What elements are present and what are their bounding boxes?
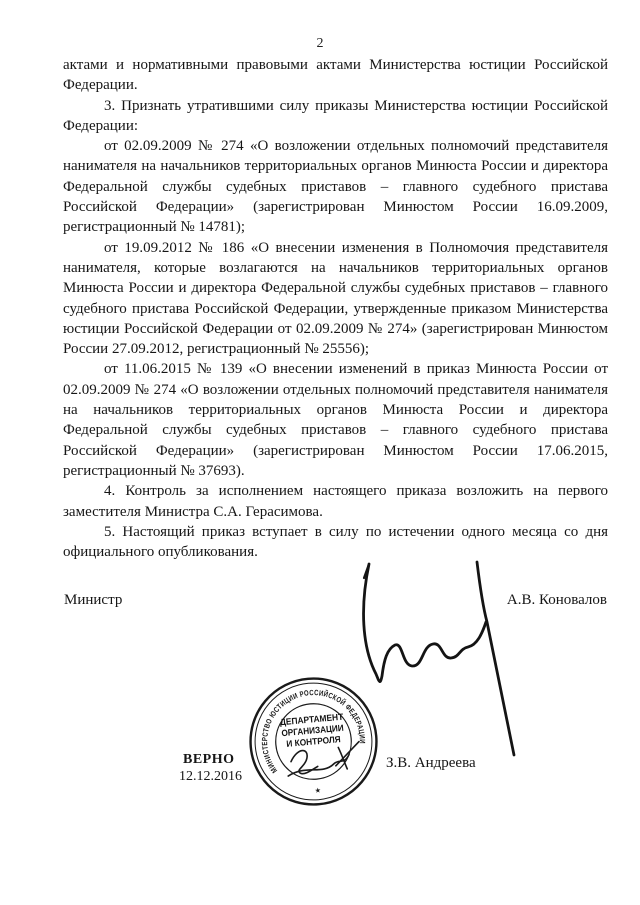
minister-label: Министр xyxy=(64,592,122,609)
paragraph: от 11.06.2015 № 139 «О внесении изменени… xyxy=(63,359,608,481)
ministry-stamp: МИНИСТЕРСТВО ЮСТИЦИИ РОССИЙСКОЙ ФЕДЕРАЦИ… xyxy=(237,665,390,818)
paragraph: актами и нормативными правовыми актами М… xyxy=(63,55,608,96)
verno-label: ВЕРНО xyxy=(183,752,235,768)
page-number: 2 xyxy=(0,36,640,52)
paragraph: 4. Контроль за исполнением настоящего пр… xyxy=(63,481,608,522)
paragraph: 3. Признать утратившими силу приказы Мин… xyxy=(63,96,608,137)
paragraph: от 19.09.2012 № 186 «О внесении изменени… xyxy=(63,238,608,360)
stamp-star-icon: ★ xyxy=(314,786,321,795)
document-body: актами и нормативными правовыми актами М… xyxy=(63,55,608,562)
paragraph: от 02.09.2009 № 274 «О возложении отдель… xyxy=(63,136,608,237)
verno-date: 12.12.2016 xyxy=(179,769,242,785)
certifier-name: З.В. Андреева xyxy=(386,755,476,772)
